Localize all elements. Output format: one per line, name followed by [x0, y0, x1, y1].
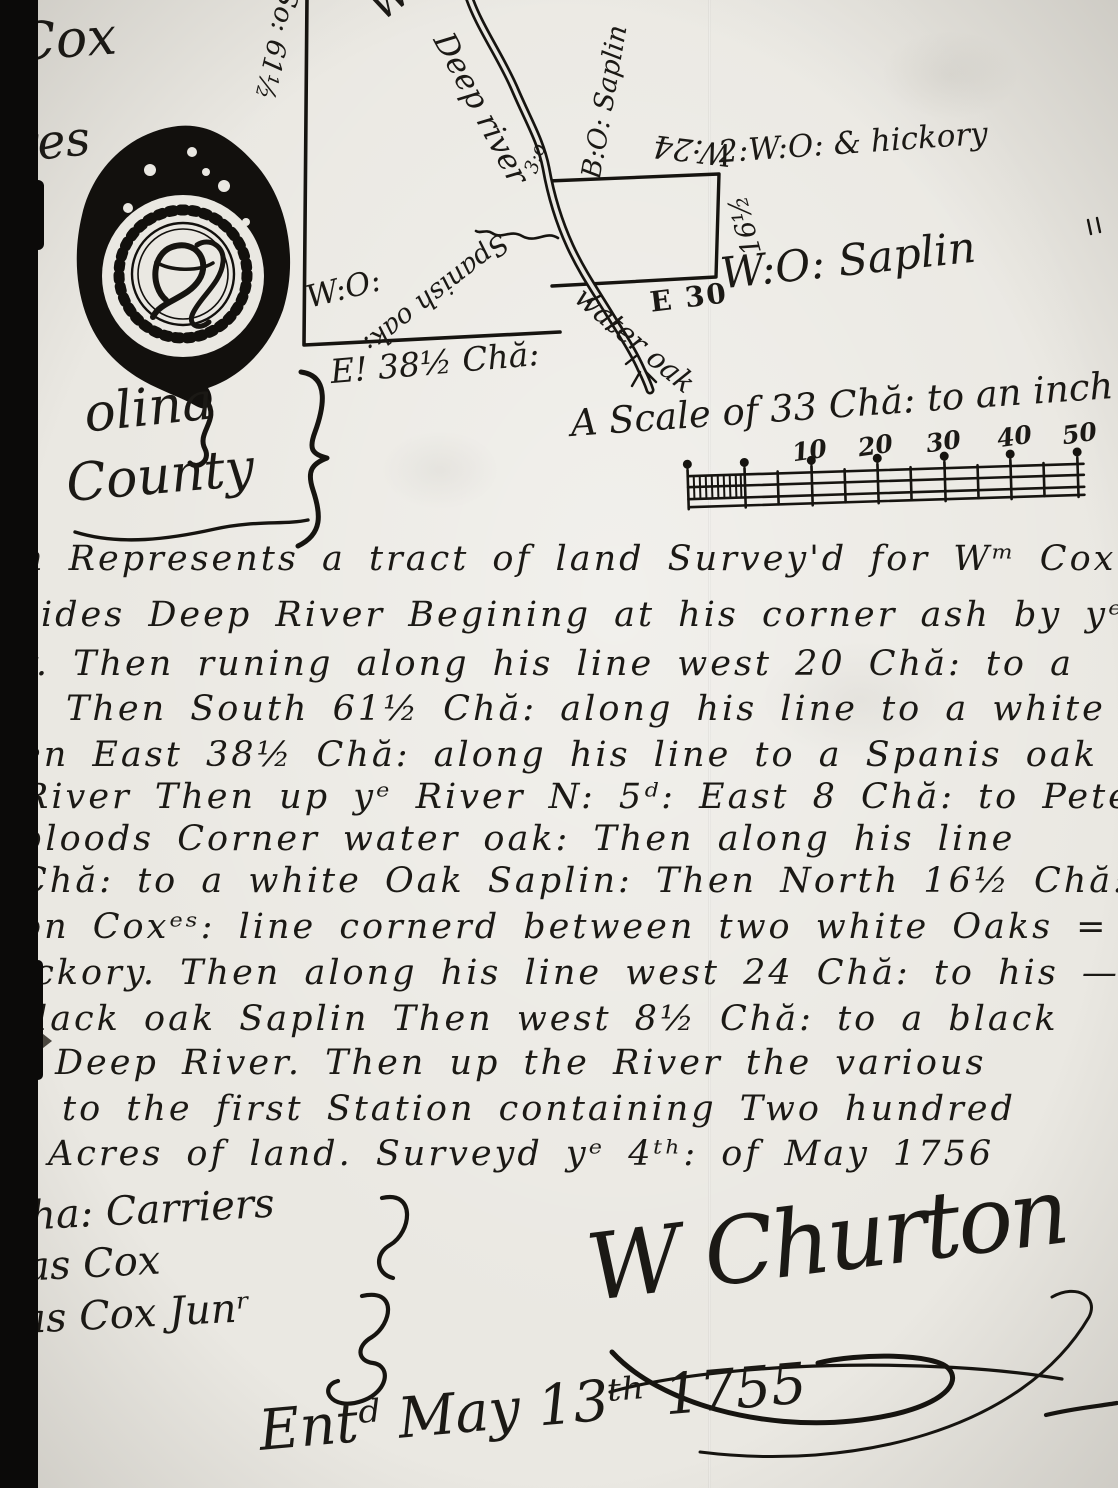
body-line: to the first Station containing Two hund…	[62, 1092, 1016, 1127]
body-line: lack oak Saplin Then west 8½ Chă: to a b…	[36, 1002, 1059, 1037]
margin-state-fragment: olina	[82, 375, 216, 440]
body-line: River Then up yᵉ River N: 5ᵈ: East 8 Chă…	[22, 780, 1118, 815]
scale-tick-40: 40	[995, 422, 1033, 452]
body-line: Deep River. Then up the River the variou…	[55, 1046, 986, 1081]
body-line: n Represents a tract of land Survey'd fo…	[20, 542, 1116, 577]
body-line: r. Then runing along his line west 20 Ch…	[20, 647, 1074, 682]
body-line: sides Deep River Begining at his corner …	[20, 598, 1118, 633]
scale-tick-20: 20	[856, 431, 894, 461]
body-line: bloods Corner water oak: Then along his …	[20, 822, 1015, 857]
body-line: on Coxᵉˢ: line cornerd between two white…	[20, 910, 1109, 945]
body-line: en East 38½ Chă: along his line to a Spa…	[20, 738, 1098, 773]
witness-cox: as Cox	[25, 1241, 161, 1288]
witness-cox-junior: as Cox Junʳ	[21, 1288, 251, 1340]
scan-gutter	[0, 0, 38, 1488]
scale-tick-30: 30	[924, 427, 962, 457]
scale-tick-50: 50	[1060, 419, 1098, 449]
body-line: Then South 61½ Chă: along his line to a …	[66, 692, 1106, 727]
margin-county-fragment: County	[64, 442, 256, 510]
body-line: Acres of land. Surveyd yᵉ 4ᵗʰ: of May 17…	[48, 1137, 994, 1172]
scale-tick-10: 10	[790, 436, 828, 466]
survey-document-page: Cox res olina County Deep river So: 61½ …	[0, 0, 1118, 1488]
chain-carriers-label: ha: Carriers	[29, 1184, 275, 1237]
body-line: ickory. Then along his line west 24 Chă:…	[20, 956, 1118, 991]
body-line: Chă: to a white Oak Saplin: Then North 1…	[20, 864, 1118, 899]
